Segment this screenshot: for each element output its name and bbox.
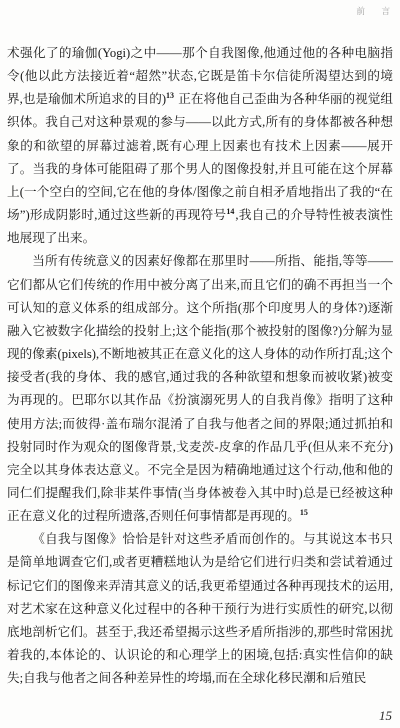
running-head-title: 前 言 (356, 5, 394, 17)
paragraph: 当所有传统意义的因素好像都在那里时——所指、能指,等等——它们都从它们传统的作用… (7, 250, 393, 528)
page-body: 术强化了的瑜伽(Yogi)之中——那个自我图像,他通过他的各种电脑指令(他以此方… (7, 42, 393, 690)
book-page: 前 言 术强化了的瑜伽(Yogi)之中——那个自我图像,他通过他的各种电脑指令(… (0, 0, 400, 728)
footnote-ref: 13 (166, 91, 175, 100)
footnote-ref: 14 (226, 207, 235, 216)
page-number: 15 (379, 708, 392, 724)
paragraph: 《自我与图像》恰恰是针对这些矛盾而创作的。与其说这本书只是简单地调查它们,或者更… (7, 528, 393, 690)
paragraph: 术强化了的瑜伽(Yogi)之中——那个自我图像,他通过他的各种电脑指令(他以此方… (7, 42, 393, 250)
footnote-ref: 15 (300, 508, 309, 517)
